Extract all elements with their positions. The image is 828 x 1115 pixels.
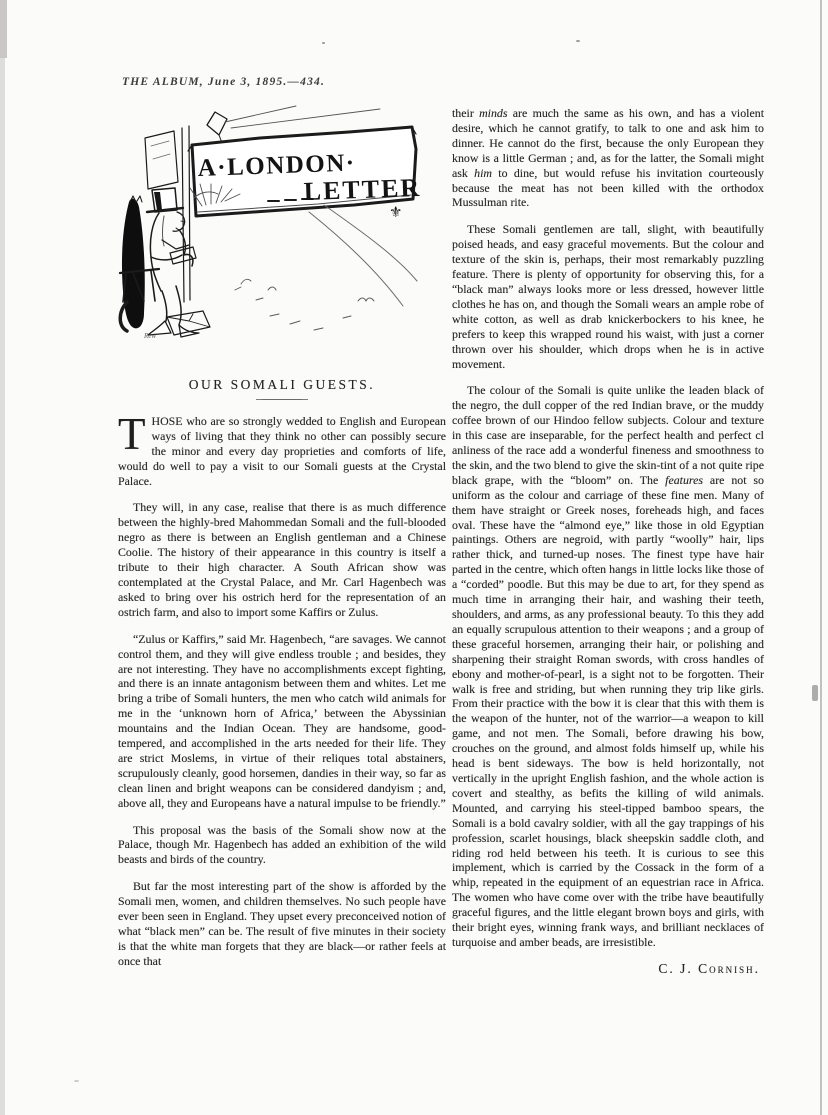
artist-sketch-drawing: A·LONDON· LETTER ⚜ Rew — [118, 104, 424, 370]
paragraph: This proposal was the basis of the Somal… — [118, 823, 446, 868]
paragraph: They will, in any case, realise that the… — [118, 500, 446, 619]
scan-speck — [322, 42, 325, 44]
scan-edge-left-dark — [0, 0, 7, 58]
paragraph: The colour of the Somali is quite unlike… — [452, 383, 764, 949]
scanned-magazine-page: THE ALBUM, June 3, 1895.—434. — [0, 0, 828, 1115]
article-right-column: their minds are much the same as his own… — [452, 106, 764, 977]
scan-speck — [576, 40, 580, 42]
paragraph-text: HOSE who are so strongly wedded to Engli… — [118, 414, 446, 488]
paragraph: their minds are much the same as his own… — [452, 106, 764, 210]
fleur-de-lis-ornament: ⚜ — [389, 205, 402, 221]
paragraph: THOSE who are so strongly wedded to Engl… — [118, 414, 446, 489]
london-letter-illustration: A·LONDON· LETTER ⚜ Rew — [118, 104, 424, 370]
scan-edge-right-line — [820, 0, 822, 1115]
illustrator-signature: Rew — [143, 332, 156, 340]
paragraph: But far the most interesting part of the… — [118, 879, 446, 968]
sign-text-line2: LETTER — [303, 173, 421, 206]
article-left-column: OUR SOMALI GUESTS. THOSE who are so stro… — [118, 378, 446, 981]
scan-smudge — [812, 685, 818, 701]
paragraph: “Zulus or Kaffirs,” said Mr. Hagenbech, … — [118, 632, 446, 811]
journal-header: THE ALBUM, June 3, 1895.—434. — [122, 76, 325, 88]
scan-speck — [74, 1080, 79, 1082]
title-divider — [256, 399, 308, 400]
scan-edge-left — [0, 0, 5, 1115]
paragraph: These Somali gentlemen are tall, slight,… — [452, 222, 764, 371]
author-signature: C. J. Cornish. — [452, 962, 764, 977]
drop-cap: T — [118, 414, 152, 451]
article-title: OUR SOMALI GUESTS. — [118, 378, 446, 393]
